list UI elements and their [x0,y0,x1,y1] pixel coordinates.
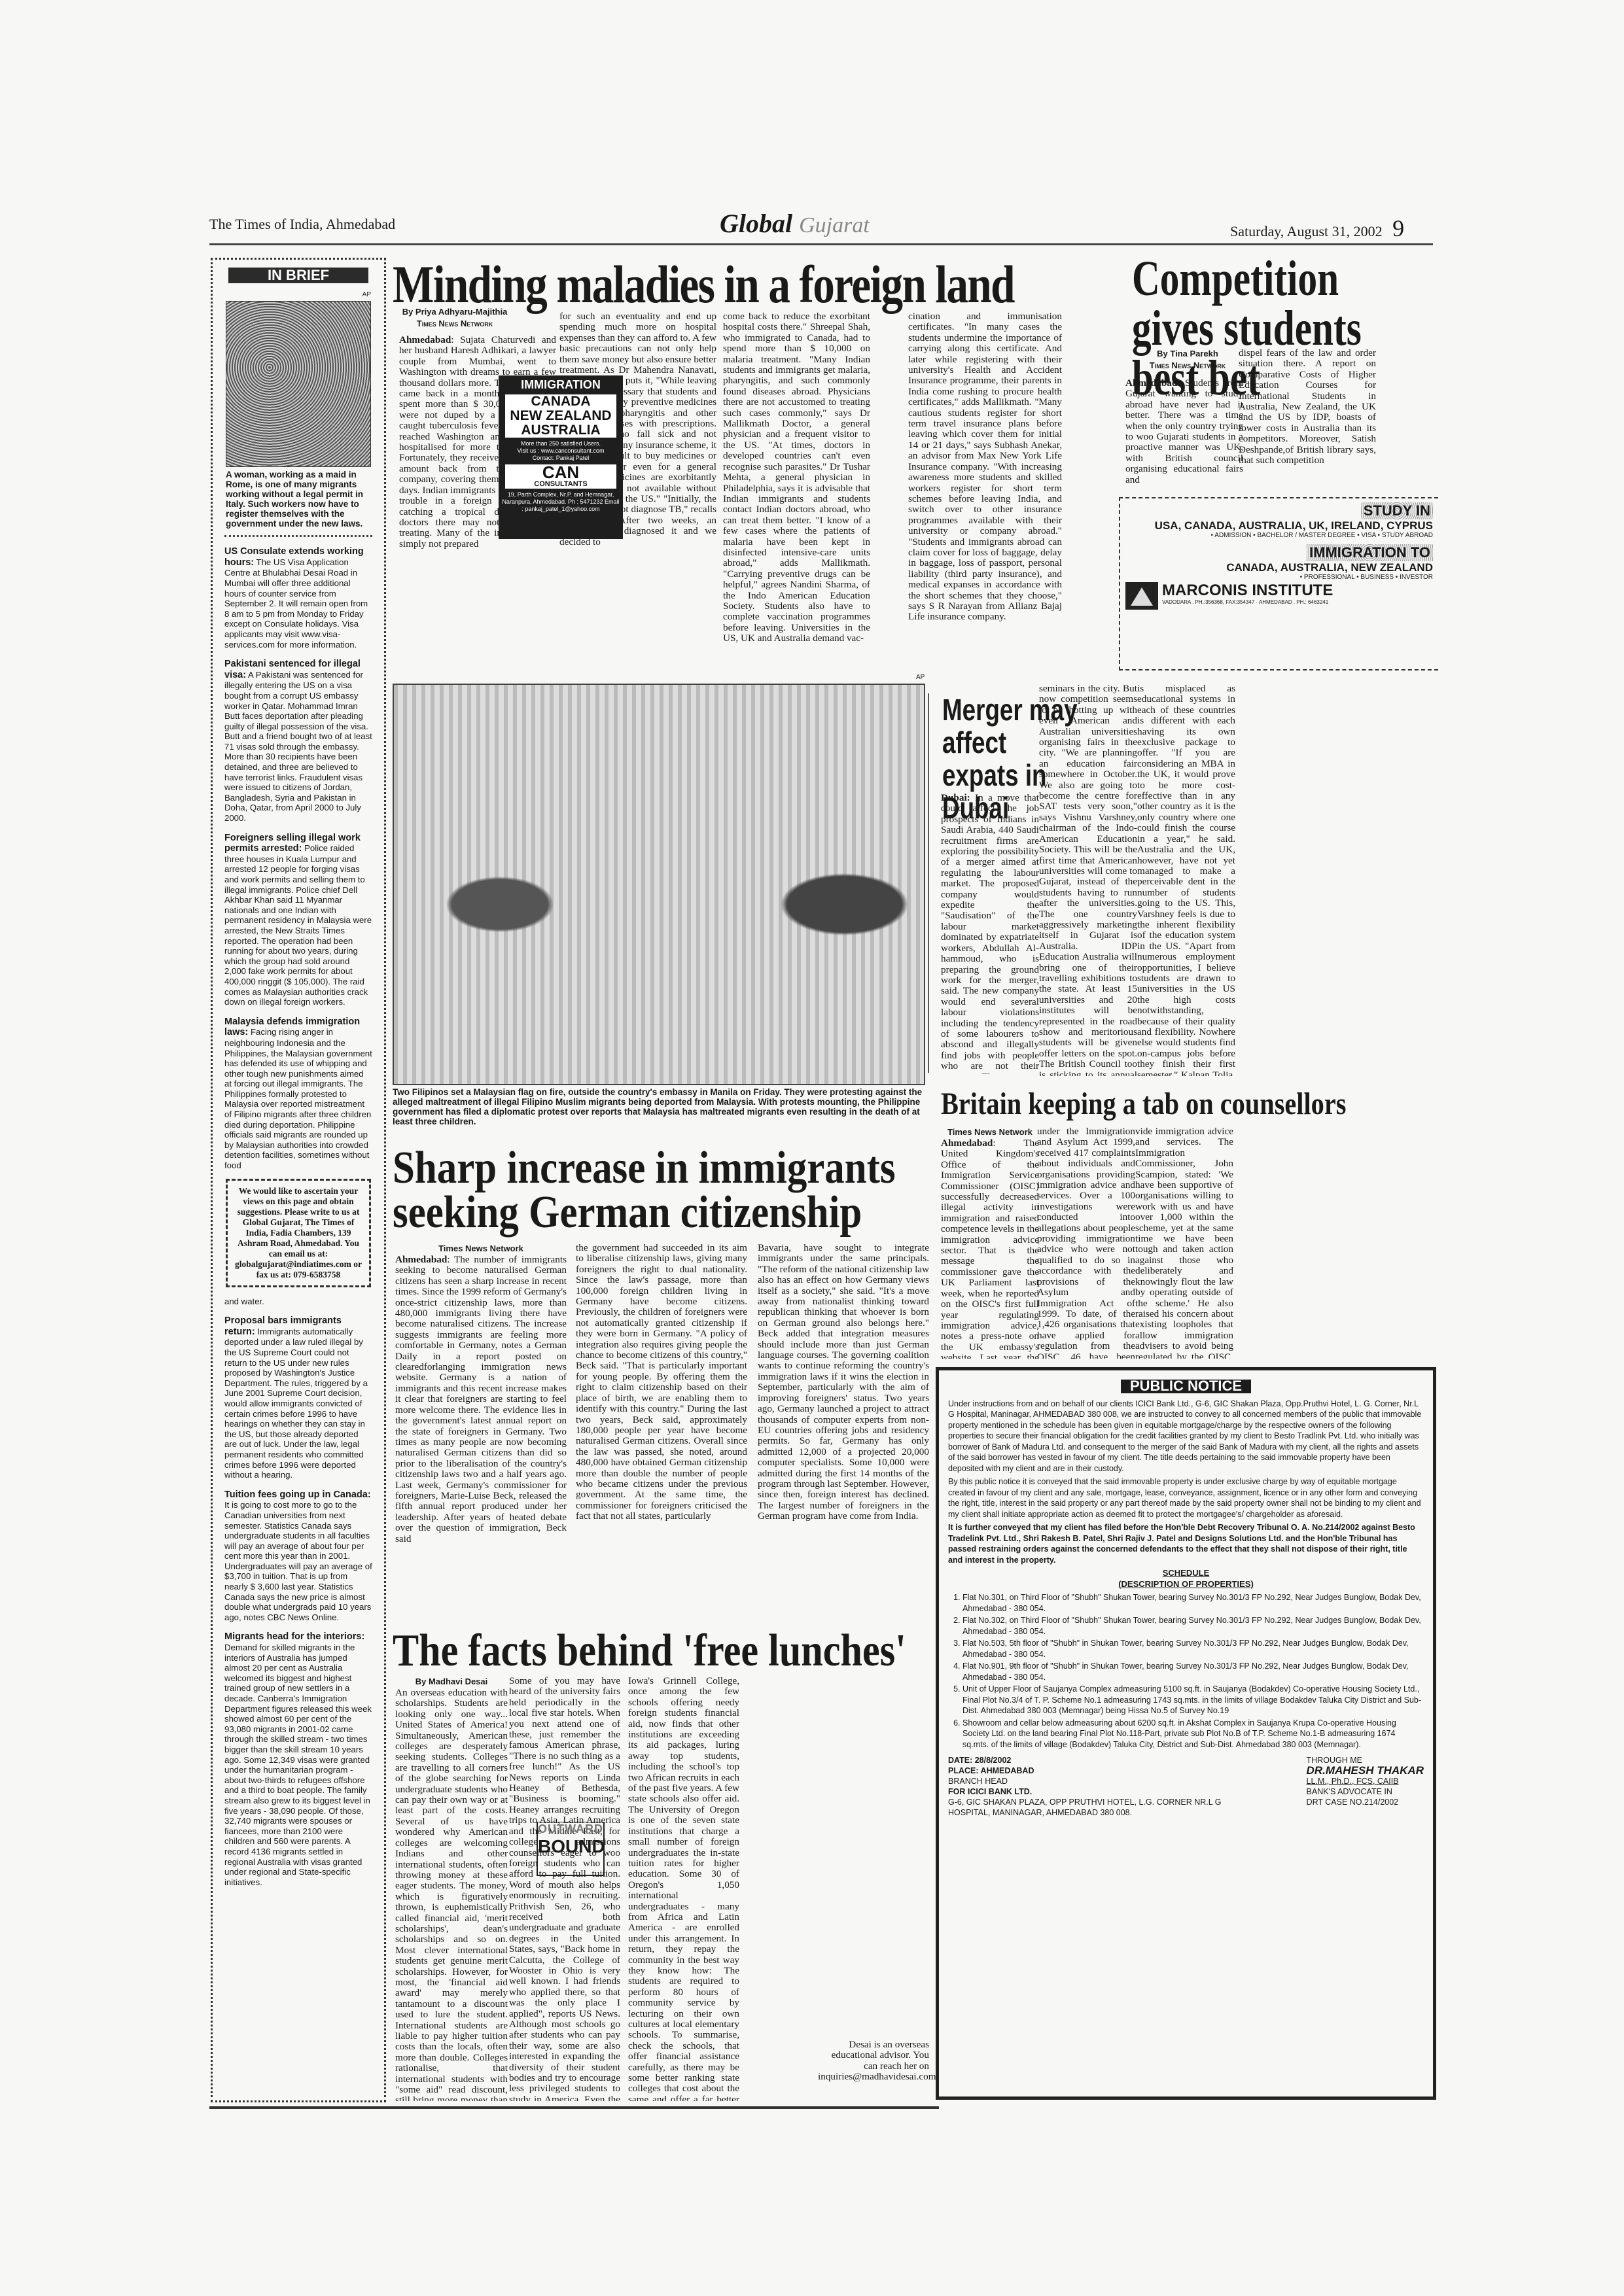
page-number: 9 [1392,215,1404,241]
brief-item-body: Facing rising anger in neighbouring Indo… [224,1027,372,1170]
column-rule [928,693,929,1073]
schedule-item: Unit of Upper Floor of Saujanya Complex … [962,1684,1424,1716]
article-text: Bavaria, have sought to integrate immigr… [758,1243,929,1522]
notice-case: DRT CASE NO.214/2002 [1307,1797,1424,1807]
dateline: Dubai: [941,793,970,803]
photo-credit: AP [916,674,925,681]
ad-heading: IMMIGRATION [501,378,620,392]
schedule-subtitle: (DESCRIPTION OF PROPERTIES) [948,1579,1424,1590]
article-column: Iowa's Grinnell College, once among the … [628,1676,739,2101]
brief-item: Foreigners selling illegal work permits … [224,833,372,1007]
schedule-item: Flat No.901, 9th floor of "Shubh" in Shu… [962,1661,1424,1682]
brief-item-body: Police raided three houses in Kuala Lump… [224,843,372,1007]
brief-item-head: Tuition fees going up in Canada: [224,1489,371,1500]
photo-caption: A woman, working as a maid in Rome, is o… [226,470,371,529]
notice-signatures: DATE: 28/8/2002 PLACE: AHMEDABAD BRANCH … [948,1755,1424,1818]
ad-address: 19, Parth Complex, Nr.P. and Hemnagar, N… [501,491,620,513]
article-column: dispel fears of the law and order situat… [1239,348,1376,485]
ad-brand: MARCONIS INSTITUTE VADODARA . PH.:356368… [1125,582,1433,610]
article-column-filler [739,1676,929,2042]
notice-credentials: LL.M., Ph.D., FCS, CAIIB [1307,1776,1424,1786]
section-title-light: Gujarat [799,213,870,237]
article-column: the government had succeeded in its aim … [576,1243,747,1603]
article-text: Some of you may have heard of the univer… [509,1676,620,2101]
article-text: Students from Gujarat wanting to study a… [1125,378,1243,485]
news-network: Times News Network [941,1126,1039,1138]
notice-paragraph: By this public notice it is conveyed tha… [948,1476,1424,1520]
photo-caption: Two Filipinos set a Malaysian flag on fi… [393,1087,926,1126]
headline-free-lunches: The facts behind 'free lunches' [393,1625,906,1677]
schedule-list: Flat No.301, on Third Floor of "Shubh" S… [948,1592,1424,1750]
notice-place: PLACE: AHMEDABAD [948,1765,1223,1776]
brief-item: Migrants head for the interiors: Demand … [224,1631,372,1887]
brief-item: Proposal bars immigrants return: Immigra… [224,1315,372,1480]
schedule-item: Flat No.503, 5th floor of "Shubh" in Shu… [962,1638,1424,1660]
outward-bound-box: OUTWARD BOUND [537,1822,605,1876]
article-text: Iowa's Grinnell College, once among the … [628,1676,739,2101]
ad-tagline: More than 250 satisfied Users. [501,440,620,447]
in-brief-column: IN BRIEF AP A woman, working as a maid i… [211,258,386,2102]
box-label-bottom: BOUND [538,1836,603,1857]
publication-name: The Times of India, Ahmedabad [209,216,395,233]
brief-item-body: Immigrants automatically deported under … [224,1327,368,1480]
brief-item-body: It is going to cost more to go to the Ca… [224,1500,372,1622]
ad-services: • ADMISSION • BACHELOR / MASTER DEGREE •… [1125,532,1433,539]
author-note: Desai is an overseas educational advisor… [818,2040,929,2083]
ad-countries: USA, CANADA, AUSTRALIA, UK, IRELAND, CYP… [1125,519,1433,532]
article-text: under the Immigration and Asylum Act 199… [1037,1126,1135,1359]
suggestion-box: We would like to ascertain your views on… [226,1179,371,1287]
news-network: Times News Network [1132,360,1243,372]
author: By Tina Parekh [1132,348,1243,360]
brief-item: US Consulate extends working hours: The … [224,546,372,650]
ad-address: VADODARA . PH.:356368, FAX:354347 · AHME… [1162,599,1333,606]
notice-right-signature: THROUGH ME DR.MAHESH THAKAR LL.M., Ph.D.… [1307,1755,1424,1818]
article-column: Some of you may have heard of the univer… [509,1676,620,2101]
dateline: Ahmedabad [941,1138,993,1149]
advertisement-can-consultants: IMMIGRATION CANADA NEW ZEALAND AUSTRALIA… [499,375,623,539]
maid-photo [226,301,371,467]
flag-burning-photo [393,684,925,1085]
photo-credit: AP [222,290,371,300]
notice-left-signature: DATE: 28/8/2002 PLACE: AHMEDABAD BRANCH … [948,1755,1223,1818]
box-label-top: OUTWARD [538,1822,603,1836]
article-text: In a move that could affect the job pros… [941,793,1039,1074]
article-text: dispel fears of the law and order situat… [1239,348,1376,466]
author: By Priya Adhyaru-Majithia [399,306,510,318]
ad-heading: IMMIGRATION TO [1307,544,1433,561]
notice-role: BANK'S ADVOCATE IN [1307,1786,1424,1797]
article-column: Dubai: In a move that could affect the j… [941,793,1039,1074]
news-network: Times News Network [399,318,510,330]
notice-bank: FOR ICICI BANK LTD. [948,1786,1223,1797]
notice-bank-address: G-6, GIC SHAKAN PLAZA, OPP PRUTHVI HOTEL… [948,1797,1223,1818]
dateline: Ahmedabad [1125,378,1177,389]
article-text: vide immigration advice and services. Th… [1135,1126,1233,1359]
notice-paragraph: Under instructions from and on behalf of… [948,1399,1424,1474]
schedule-title: SCHEDULE [948,1568,1424,1579]
article-column: is misplaced as educational systems in e… [1137,684,1235,1076]
article-column: cination and immunisation certificates. … [908,311,1062,678]
article-text: is misplaced as educational systems in e… [1137,684,1235,1076]
headline-britain: Britain keeping a tab on counsellors [941,1086,1346,1122]
dateline: Ahmedabad [399,334,451,345]
article-column: Times News Network Ahmedabad: The number… [395,1243,567,1603]
brief-item-head: Migrants head for the interiors: [224,1631,364,1642]
notice-date: DATE: 28/8/2002 [948,1755,1223,1765]
public-notice: PUBLIC NOTICE Under instructions from an… [936,1367,1436,2100]
ad-services: • PROFESSIONAL • BUSINESS • INVESTOR [1125,574,1433,581]
notice-title: PUBLIC NOTICE [1121,1380,1251,1393]
ad-country: CANADA [505,394,616,409]
news-network: Times News Network [395,1243,567,1255]
article-column: vide immigration advice and services. Th… [1135,1126,1233,1359]
ad-brand-name: MARCONIS INSTITUTE [1162,582,1333,599]
article-column: Bavaria, have sought to integrate immigr… [758,1243,929,1603]
ad-country: AUSTRALIA [505,423,616,438]
notice-advocate: DR.MAHESH THAKAR [1307,1765,1424,1776]
brief-item: Tuition fees going up in Canada: It is g… [224,1489,372,1623]
ad-brand: CANCONSULTANTS [505,464,616,489]
divider [224,535,372,537]
ad-brand-name: CAN [542,462,579,482]
brief-item: Malaysia defends immigration laws: Facin… [224,1017,372,1171]
issue-date: Saturday, August 31, 2002 9 [1230,215,1404,242]
brief-item-body: The US Visa Application Centre at Bhulab… [224,557,368,650]
in-brief-title: IN BRIEF [228,268,368,283]
section-title-bold: Global [720,209,792,238]
article-text: come back to reduce the exorbitant hospi… [723,311,870,644]
section-title: Global Gujarat [720,208,870,239]
ad-countries: CANADA, AUSTRALIA, NEW ZEALAND [1125,561,1433,574]
article-text: the government had succeeded in its aim … [576,1243,747,1522]
author: By Madhavi Desai [395,1676,508,1688]
article-text: An overseas education with scholarships.… [395,1688,508,2101]
brief-item-body: A Pakistani was sentenced for illegally … [224,670,372,823]
ad-brand-sub: CONSULTANTS [505,480,616,489]
notice-branch-head: BRANCH HEAD [948,1776,1223,1786]
schedule-item: Flat No.301, on Third Floor of "Shubh" S… [962,1592,1424,1614]
schedule-item: Showroom and cellar below admeasuring ab… [962,1718,1424,1750]
article-column: come back to reduce the exorbitant hospi… [723,311,870,665]
article-text: The number of immigrants seeking to beco… [395,1254,567,1544]
brief-item-continued: and water. [224,1296,372,1307]
article-column-wrap [399,370,492,566]
article-text: cination and immunisation certificates. … [908,311,1062,623]
article-column: Times News Network Ahmedabad: The United… [941,1126,1039,1359]
marconis-logo-icon [1125,582,1158,610]
ad-contact: Contact: Pankaj Patel [501,455,620,462]
byline-competition: By Tina Parekh Times News Network [1132,348,1243,372]
article-column: under the Immigration and Asylum Act 199… [1037,1126,1135,1359]
article-column: Ahmedabad: Students from Gujarat wanting… [1125,378,1243,489]
ad-countries: CANADA NEW ZEALAND AUSTRALIA [505,394,616,438]
schedule-item: Flat No.302, on Third Floor of "Shubh" S… [962,1615,1424,1637]
ad-heading: STUDY IN [1361,502,1433,519]
page-bottom-rule [209,2106,939,2109]
byline-maladies: By Priya Adhyaru-Majithia Times News Net… [399,306,510,330]
date-text: Saturday, August 31, 2002 [1230,223,1383,239]
brief-item: Pakistani sentenced for illegal visa: A … [224,659,372,824]
headline-germany: Sharp increase in immigrants seeking Ger… [393,1146,905,1235]
ad-website: Visit us : www.canconsultant.com [501,447,620,455]
advertisement-marconis: STUDY IN USA, CANADA, AUSTRALIA, UK, IRE… [1119,497,1438,670]
article-column: By Madhavi Desai An overseas education w… [395,1676,508,2101]
brief-item-body: Demand for skilled migrants in the inter… [224,1643,372,1887]
article-text: The United Kingdom's Office of the Immig… [941,1138,1039,1359]
notice-paragraph: It is further conveyed that my client ha… [948,1522,1424,1565]
masthead-divider [209,243,1433,245]
ad-country: NEW ZEALAND [505,409,616,423]
dateline: Ahmedabad [395,1254,447,1265]
